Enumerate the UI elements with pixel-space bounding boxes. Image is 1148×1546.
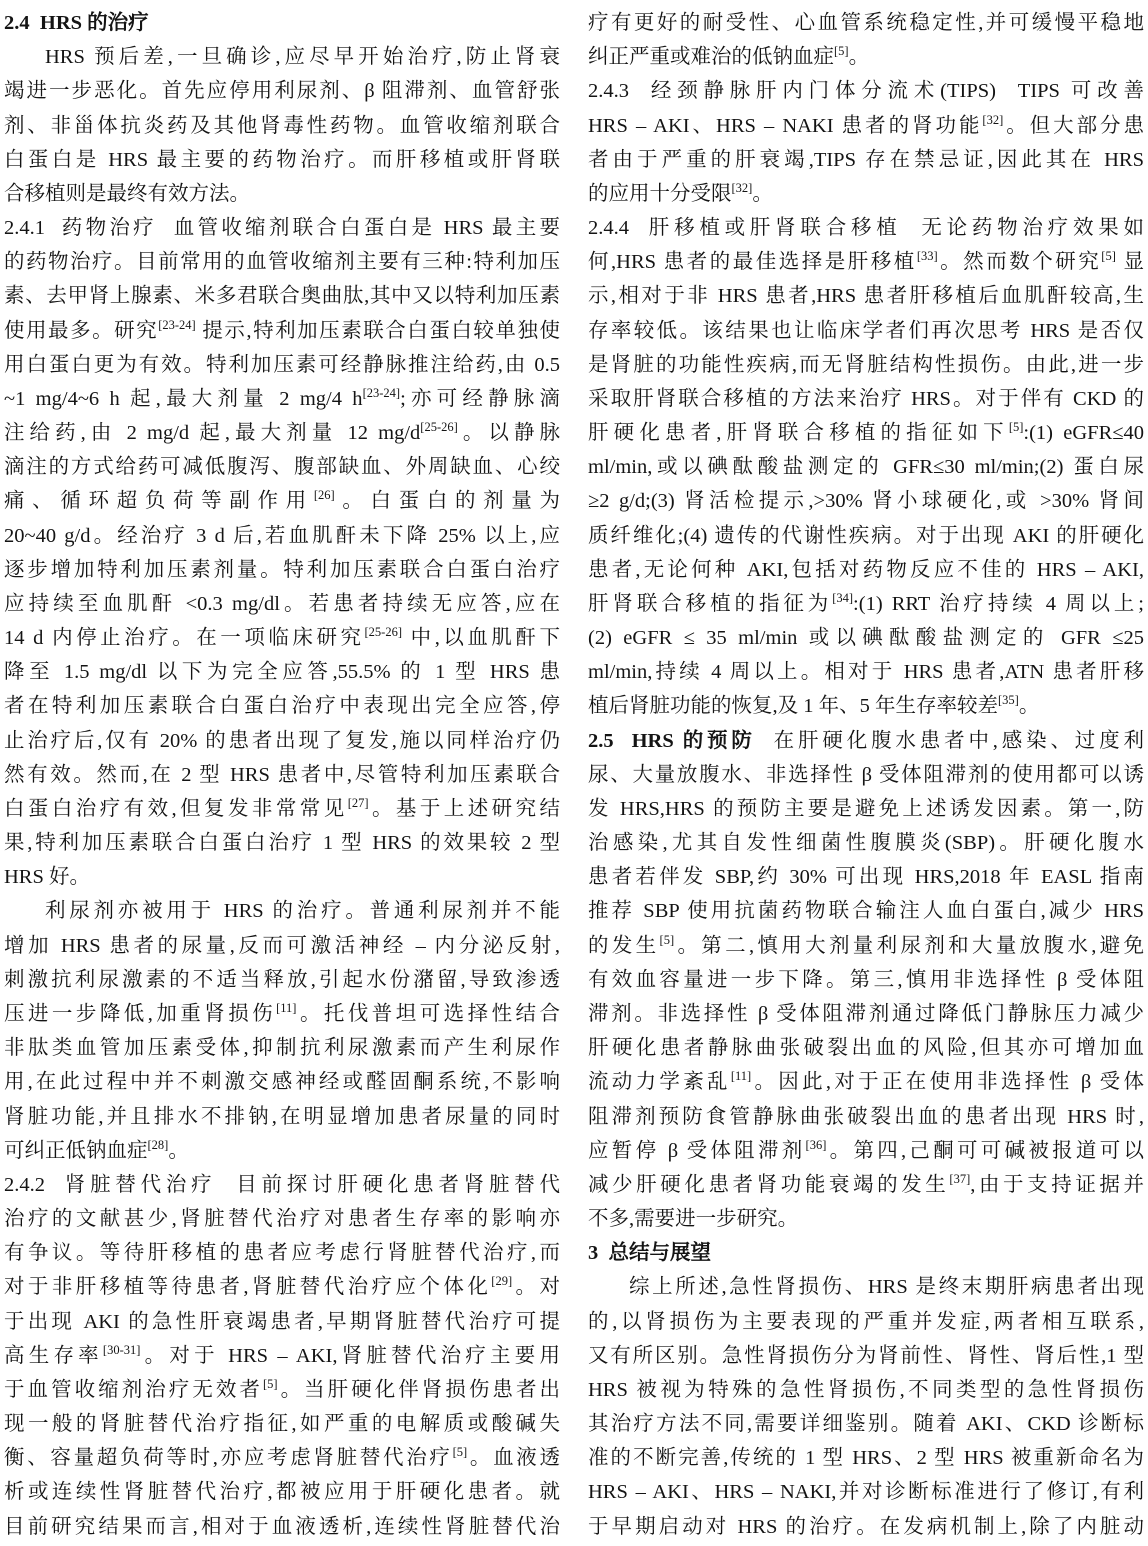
- text-line: 白蛋白治疗有效,但复发非常常见[27]。基于上述研究结: [4, 792, 560, 826]
- text-line: 流动力学紊乱[11]。因此,对于正在使用非选择性 β 受体: [588, 1065, 1144, 1099]
- text-line: 有效血容量进一步下降。第三,慎用非选择性 β 受体阻: [588, 963, 1144, 997]
- text-line: 疗有更好的耐受性、心血管系统稳定性,并可缓慢平稳地: [588, 6, 1144, 40]
- text-line: 者由于严重的肝衰竭,TIPS 存在禁忌证,因此其在 HRS: [588, 143, 1144, 177]
- text-line: 的应用十分受限[32]。: [588, 177, 1144, 211]
- text-line: HRS 预后差,一旦确诊,应尽早开始治疗,防止肾衰: [4, 40, 560, 74]
- text-line: 质纤维化;(4) 遗传的代谢性疾病。对于出现 AKI 的肝硬化: [588, 519, 1144, 553]
- text-line: 竭进一步恶化。首先应停用利尿剂、β 阻滞剂、血管舒张: [4, 74, 560, 108]
- text-line: 压进一步降低,加重肾损伤[11]。托伐普坦可选择性结合: [4, 997, 560, 1031]
- text-line: 于早期启动对 HRS 的治疗。在发病机制上,除了内脏动: [588, 1510, 1144, 1544]
- text-line: HRS – AKI、HRS – NAKI 患者的肾功能[32]。但大部分患: [588, 109, 1144, 143]
- text-line: 者在特利加压素联合白蛋白治疗中表现出完全应答,停: [4, 689, 560, 723]
- text-line: 降至 1.5 mg/dl 以下为完全应答,55.5% 的 1 型 HRS 患: [4, 655, 560, 689]
- text-line: 止治疗后,仅有 20% 的患者出现了复发,施以同样治疗仍: [4, 724, 560, 758]
- text-line: HRS – AKI、HRS – NAKI,并对诊断标准进行了修订,有利: [588, 1475, 1144, 1509]
- text-line: 肝硬化患者静脉曲张破裂出血的风险,但其亦可增加血: [588, 1031, 1144, 1065]
- text-line: 刺激抗利尿激素的不适当释放,引起水份潴留,导致渗透: [4, 963, 560, 997]
- text-line: 患者,无论何种 AKI,包括对药物反应不佳的 HRS – AKI,: [588, 553, 1144, 587]
- text-line: 其治疗方法不同,需要详细鉴别。随着 AKI、CKD 诊断标: [588, 1407, 1144, 1441]
- text-line: 果,特利加压素联合白蛋白治疗 1 型 HRS 的效果较 2 型: [4, 826, 560, 860]
- text-line: 综上所述,急性肾损伤、HRS 是终末期肝病患者出现: [588, 1270, 1144, 1304]
- text-line: 注给药,由 2 mg/d 起,最大剂量 12 mg/d[25-26]。以静脉: [4, 416, 560, 450]
- text-line: 纠正严重或难治的低钠血症[5]。: [588, 40, 1144, 74]
- text-line: (2) eGFR ≤ 35 ml/min 或以碘酞酸盐测定的 GFR ≤25: [588, 621, 1144, 655]
- text-line: 2.4.1 药物治疗 血管收缩剂联合白蛋白是 HRS 最主要: [4, 211, 560, 245]
- text-line: 2.4.3 经颈静脉肝内门体分流术(TIPS) TIPS 可改善: [588, 74, 1144, 108]
- text-line: 是肾脏的功能性疾病,而无肾脏结构性损伤。由此,进一步: [588, 348, 1144, 382]
- text-line: 合移植则是最终有效方法。: [4, 177, 560, 211]
- text-line: 2.5 HRS 的预防 在肝硬化腹水患者中,感染、过度利: [588, 724, 1144, 758]
- text-line: 尿、大量放腹水、非选择性 β 受体阻滞剂的使用都可以诱: [588, 758, 1144, 792]
- text-line: 于出现 AKI 的急性肝衰竭患者,早期肾脏替代治疗可提: [4, 1305, 560, 1339]
- text-column-right: 疗有更好的耐受性、心血管系统稳定性,并可缓慢平稳地纠正严重或难治的低钠血症[5]…: [588, 6, 1144, 1546]
- text-line: 非肽类血管加压素受体,抑制抗利尿激素而产生利尿作: [4, 1031, 560, 1065]
- text-line: 现一般的肾脏替代治疗指征,如严重的电解质或酸碱失: [4, 1407, 560, 1441]
- text-line: 发 HRS,HRS 的预防主要是避免上述诱发因素。第一,防: [588, 792, 1144, 826]
- text-line: ml/min,或以碘酞酸盐测定的 GFR≤30 ml/min;(2) 蛋白尿: [588, 450, 1144, 484]
- text-line: 有争议。等待肝移植的患者应考虑行肾脏替代治疗,而: [4, 1236, 560, 1270]
- text-line: 用,在此过程中并不刺激交感神经或醛固酮系统,不影响: [4, 1065, 560, 1099]
- text-column-left: 2.4 HRS 的治疗HRS 预后差,一旦确诊,应尽早开始治疗,防止肾衰竭进一步…: [4, 6, 560, 1546]
- text-line: 治疗的文献甚少,肾脏替代治疗对患者生存率的影响亦: [4, 1202, 560, 1236]
- text-line: 素、去甲肾上腺素、米多君联合奥曲肽,其中又以特利加压素: [4, 279, 560, 313]
- text-line: 20~40 g/d。经治疗 3 d 后,若血肌酐未下降 25% 以上,应: [4, 519, 560, 553]
- text-line: 治感染,尤其自发性细菌性腹膜炎(SBP)。肝硬化腹水: [588, 826, 1144, 860]
- text-line: ≥2 g/d;(3) 肾活检提示,>30% 肾小球硬化,或 >30% 肾间: [588, 484, 1144, 518]
- text-line: 何,HRS 患者的最佳选择是肝移植[33]。然而数个研究[5] 显: [588, 245, 1144, 279]
- text-line: HRS 被视为特殊的急性肾损伤,不同类型的急性肾损伤: [588, 1373, 1144, 1407]
- text-line: 滴注的方式给药可减低腹泻、腹部缺血、外周缺血、心绞: [4, 450, 560, 484]
- text-line: ~1 mg/4~6 h 起,最大剂量 2 mg/4 h[23-24];亦可经静脉…: [4, 382, 560, 416]
- text-line: ml/min,持续 4 周以上。相对于 HRS 患者,ATN 患者肝移: [588, 655, 1144, 689]
- text-line: 用白蛋白更为有效。特利加压素可经静脉推注给药,由 0.5: [4, 348, 560, 382]
- text-line: 肝硬化患者,肝肾联合移植的指征如下[5]:(1) eGFR≤40: [588, 416, 1144, 450]
- text-line: 2.4.4 肝移植或肝肾联合移植 无论药物治疗效果如: [588, 211, 1144, 245]
- text-line: 肝肾联合移植的指征为[34]:(1) RRT 治疗持续 4 周以上;: [588, 587, 1144, 621]
- text-line: 存率较低。该结果也让临床学者们再次思考 HRS 是否仅: [588, 314, 1144, 348]
- text-line: 目前研究结果而言,相对于血液透析,连续性肾脏替代治: [4, 1510, 560, 1544]
- text-line: 然有效。然而,在 2 型 HRS 患者中,尽管特利加压素联合: [4, 758, 560, 792]
- text-line: 14 d 内停止治疗。在一项临床研究[25-26] 中,以血肌酐下: [4, 621, 560, 655]
- text-line: 滞剂。非选择性 β 受体阻滞剂通过降低门静脉压力减少: [588, 997, 1144, 1031]
- text-line: 利尿剂亦被用于 HRS 的治疗。普通利尿剂并不能: [4, 894, 560, 928]
- text-line: 使用最多。研究[23-24] 提示,特利加压素联合白蛋白较单独使: [4, 314, 560, 348]
- text-line: 采取肝肾联合移植的方法来治疗 HRS。对于伴有 CKD 的: [588, 382, 1144, 416]
- text-line: 可纠正低钠血症[28]。: [4, 1134, 560, 1168]
- text-line: 增加 HRS 患者的尿量,反而可激活神经 – 内分泌反射,: [4, 929, 560, 963]
- text-line: HRS 好。: [4, 860, 560, 894]
- text-line: 阻滞剂预防食管静脉曲张破裂出血的患者出现 HRS 时,: [588, 1100, 1144, 1134]
- text-line: 剂、非甾体抗炎药及其他肾毒性药物。血管收缩剂联合: [4, 109, 560, 143]
- text-line: 不多,需要进一步研究。: [588, 1202, 1144, 1236]
- text-line: 推荐 SBP 使用抗菌药物联合输注人血白蛋白,减少 HRS: [588, 894, 1144, 928]
- text-line: 植后肾脏功能的恢复,及 1 年、5 年生存率较差[35]。: [588, 689, 1144, 723]
- text-line: 应持续至血肌酐 <0.3 mg/dl。若患者持续无应答,应在: [4, 587, 560, 621]
- text-line: 于血管收缩剂治疗无效者[5]。当肝硬化伴肾损伤患者出: [4, 1373, 560, 1407]
- text-line: 示,相对于非 HRS 患者,HRS 患者肝移植后血肌酐较高,生: [588, 279, 1144, 313]
- section-heading: 2.4 HRS 的治疗: [4, 6, 560, 40]
- text-line: 减少肝硬化患者肾功能衰竭的发生[37],由于支持证据并: [588, 1168, 1144, 1202]
- text-line: 准的不断完善,传统的 1 型 HRS、2 型 HRS 被重新命名为: [588, 1441, 1144, 1475]
- text-line: 衡、容量超负荷等时,亦应考虑肾脏替代治疗[5]。血液透: [4, 1441, 560, 1475]
- paper-page: 2.4 HRS 的治疗HRS 预后差,一旦确诊,应尽早开始治疗,防止肾衰竭进一步…: [0, 0, 1148, 1546]
- text-line: 应暂停 β 受体阻滞剂[36]。第四,己酮可可碱被报道可以: [588, 1134, 1144, 1168]
- text-line: 高生存率[30-31]。对于 HRS – AKI,肾脏替代治疗主要用: [4, 1339, 560, 1373]
- text-line: 又有所区别。急性肾损伤分为肾前性、肾性、肾后性,1 型: [588, 1339, 1144, 1373]
- section-heading: 3 总结与展望: [588, 1236, 1144, 1270]
- text-line: 析或连续性肾脏替代治疗,都被应用于肝硬化患者。就: [4, 1475, 560, 1509]
- text-line: 的发生[5]。第二,慎用大剂量利尿剂和大量放腹水,避免: [588, 929, 1144, 963]
- text-line: 逐步增加特利加压素剂量。特利加压素联合白蛋白治疗: [4, 553, 560, 587]
- text-line: 2.4.2 肾脏替代治疗 目前探讨肝硬化患者肾脏替代: [4, 1168, 560, 1202]
- text-line: 白蛋白是 HRS 最主要的药物治疗。而肝移植或肝肾联: [4, 143, 560, 177]
- text-line: 对于非肝移植等待患者,肾脏替代治疗应个体化[29]。对: [4, 1270, 560, 1304]
- text-line: 肾脏功能,并且排水不排钠,在明显增加患者尿量的同时: [4, 1100, 560, 1134]
- text-line: 患者若伴发 SBP,约 30% 可出现 HRS,2018 年 EASL 指南: [588, 860, 1144, 894]
- text-line: 的药物治疗。目前常用的血管收缩剂主要有三种:特利加压: [4, 245, 560, 279]
- text-line: 的,以肾损伤为主要表现的严重并发症,两者相互联系,: [588, 1305, 1144, 1339]
- text-line: 痛、循环超负荷等副作用[26]。白蛋白的剂量为: [4, 484, 560, 518]
